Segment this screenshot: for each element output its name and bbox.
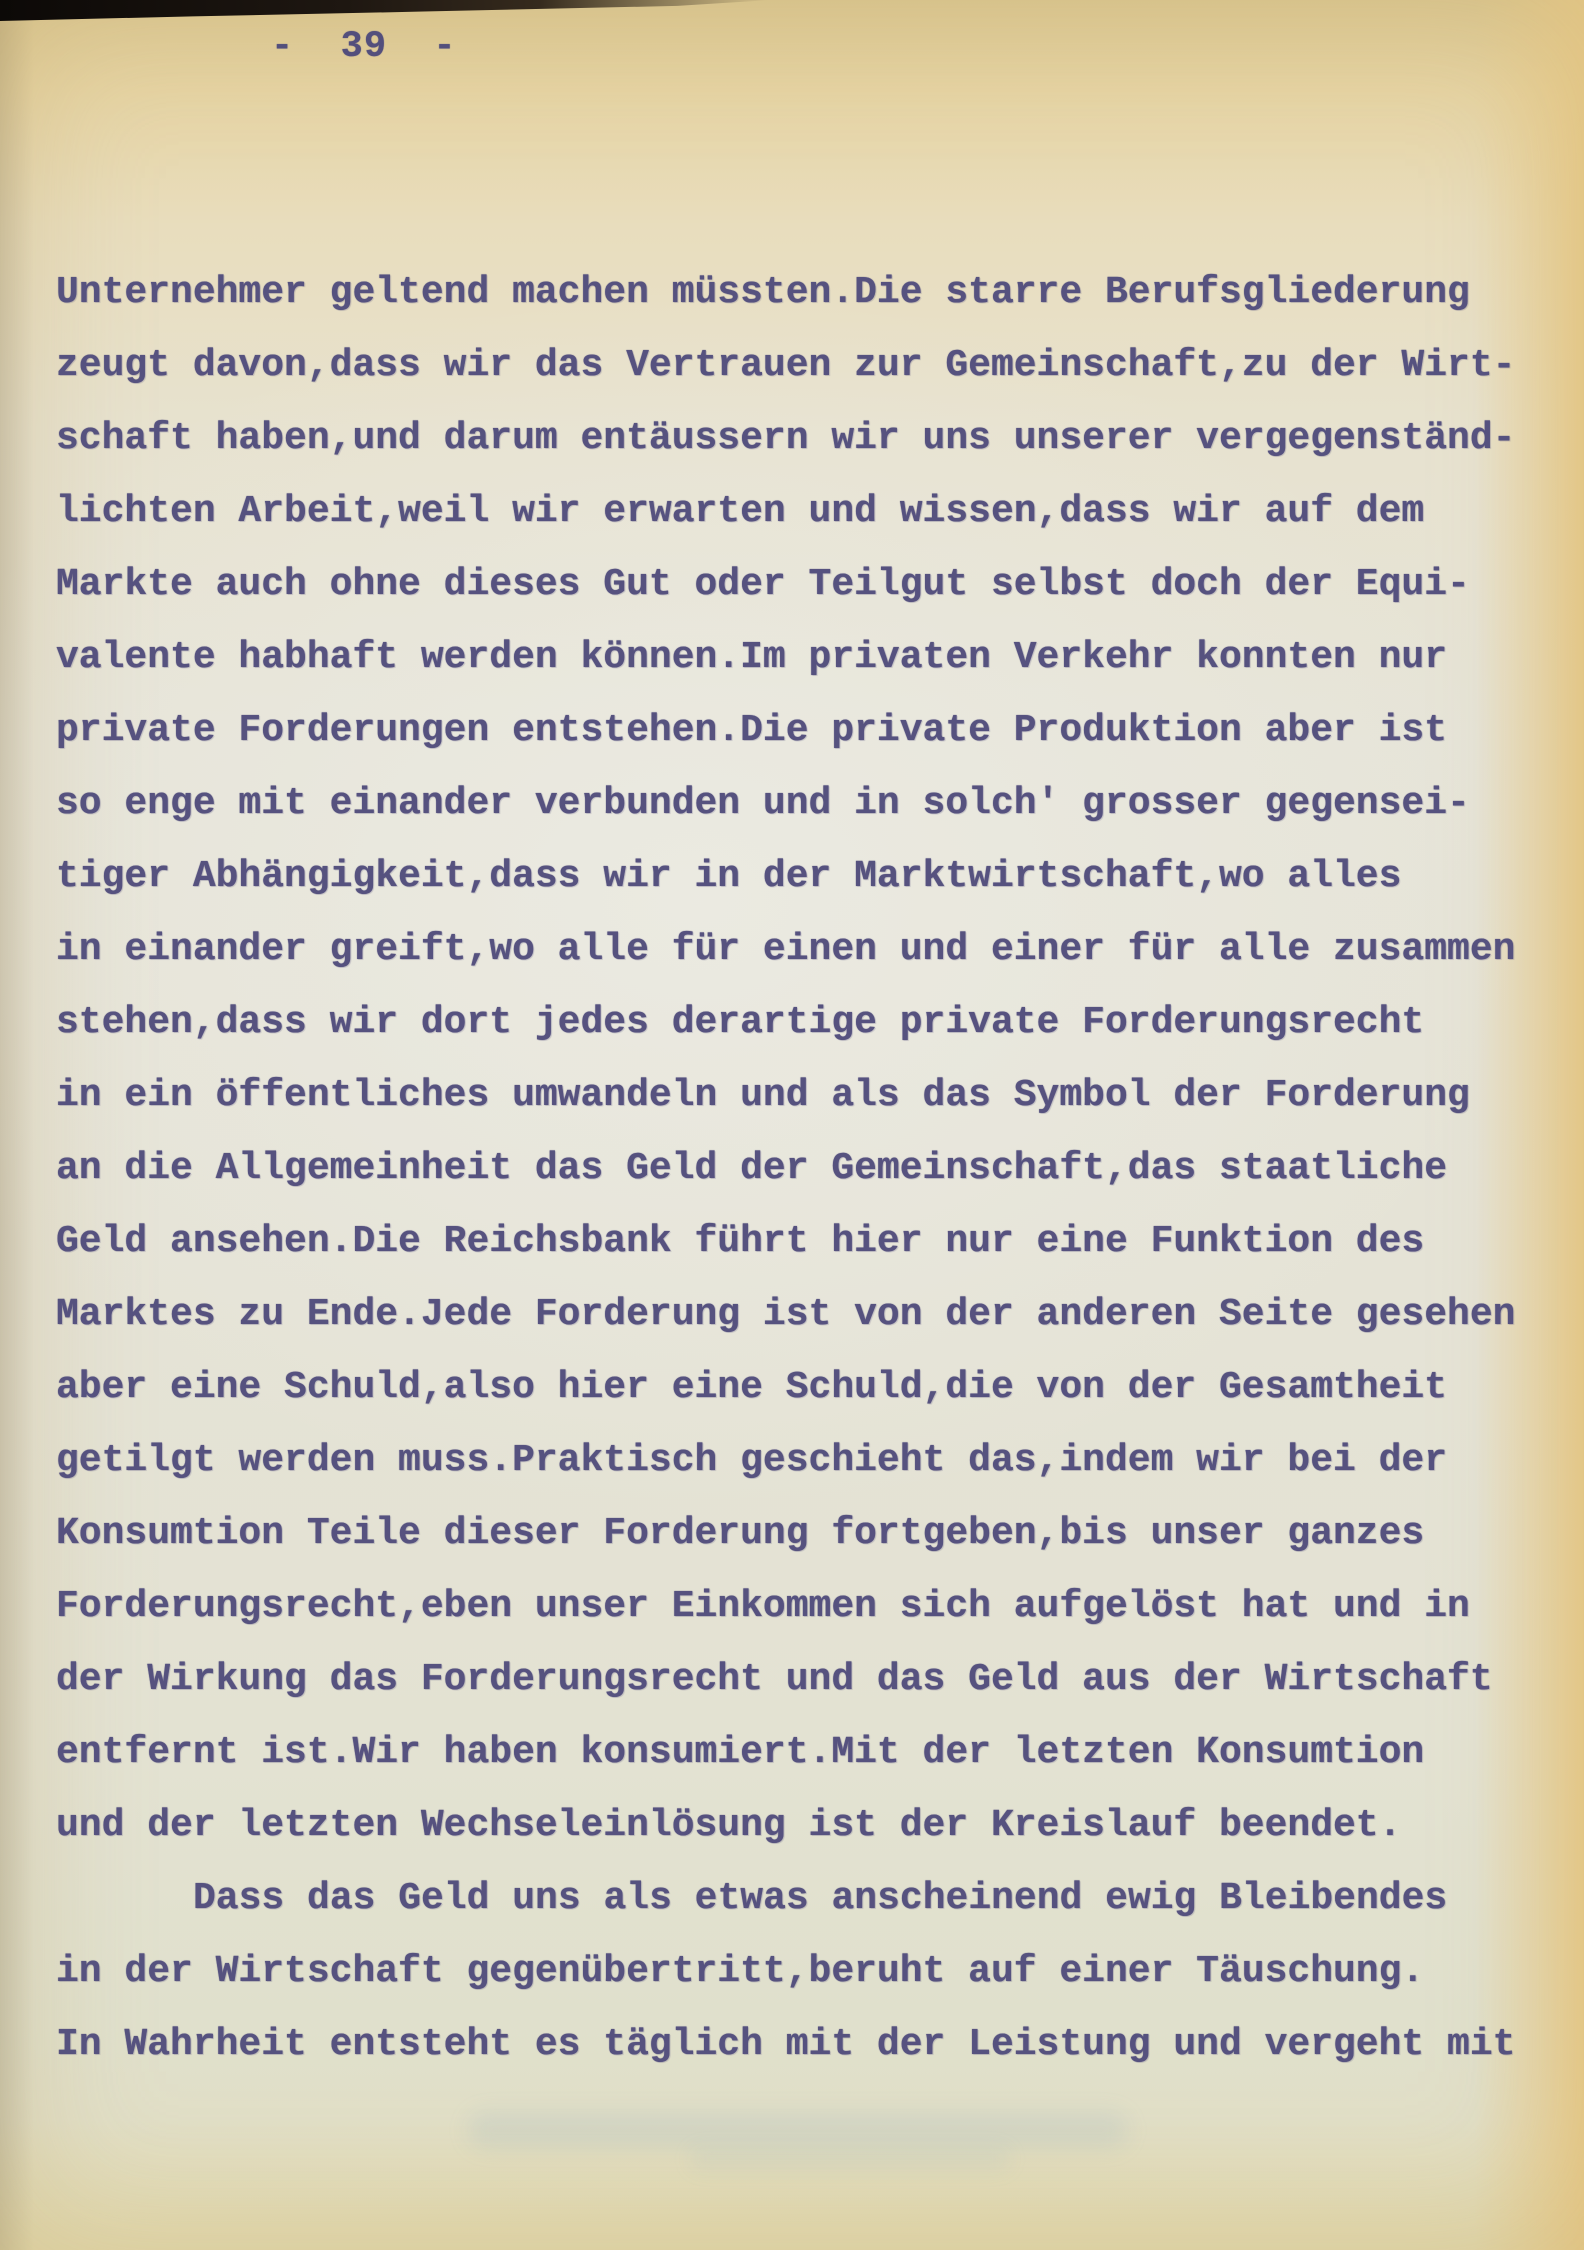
text-line: in ein öffentliches umwandeln und als da… bbox=[56, 1059, 1564, 1132]
typewritten-text-block: Unternehmer geltend machen müssten.Die s… bbox=[56, 256, 1564, 2081]
text-line: lichten Arbeit,weil wir erwarten und wis… bbox=[56, 475, 1564, 548]
text-line: Konsumtion Teile dieser Forderung fortge… bbox=[56, 1497, 1564, 1570]
text-line: Unternehmer geltend machen müssten.Die s… bbox=[56, 256, 1564, 329]
text-line: getilgt werden muss.Praktisch geschieht … bbox=[56, 1424, 1564, 1497]
document-page: - 39 - Unternehmer geltend machen müsste… bbox=[0, 0, 1584, 2250]
text-line: Geld ansehen.Die Reichsbank führt hier n… bbox=[56, 1205, 1564, 1278]
text-line: entfernt ist.Wir haben konsumiert.Mit de… bbox=[56, 1716, 1564, 1789]
page-number: - 39 - bbox=[271, 26, 457, 68]
text-line: In Wahrheit entsteht es täglich mit der … bbox=[56, 2008, 1564, 2081]
text-line: valente habhaft werden können.Im private… bbox=[56, 621, 1564, 694]
paragraph-1: Unternehmer geltend machen müssten.Die s… bbox=[56, 256, 1564, 1862]
text-line: private Forderungen entstehen.Die privat… bbox=[56, 694, 1564, 767]
text-line: der Wirkung das Forderungsrecht und das … bbox=[56, 1643, 1564, 1716]
text-line: stehen,dass wir dort jedes derartige pri… bbox=[56, 986, 1564, 1059]
text-line: Dass das Geld uns als etwas anscheinend … bbox=[56, 1862, 1564, 1935]
text-line: Markte auch ohne dieses Gut oder Teilgut… bbox=[56, 548, 1564, 621]
text-line: Marktes zu Ende.Jede Forderung ist von d… bbox=[56, 1278, 1564, 1351]
scan-artifact-top-edge bbox=[0, 0, 770, 21]
text-line: in einander greift,wo alle für einen und… bbox=[56, 913, 1564, 986]
text-line: in der Wirtschaft gegenübertritt,beruht … bbox=[56, 1935, 1564, 2008]
text-line: zeugt davon,dass wir das Vertrauen zur G… bbox=[56, 329, 1564, 402]
text-line: so enge mit einander verbunden und in so… bbox=[56, 767, 1564, 840]
paragraph-2: Dass das Geld uns als etwas anscheinend … bbox=[56, 1862, 1564, 2081]
text-line: aber eine Schuld,also hier eine Schuld,d… bbox=[56, 1351, 1564, 1424]
text-line: Forderungsrecht,eben unser Einkommen sic… bbox=[56, 1570, 1564, 1643]
text-line: schaft haben,und darum entäussern wir un… bbox=[56, 402, 1564, 475]
text-line: und der letzten Wechseleinlösung ist der… bbox=[56, 1789, 1564, 1862]
ink-bleedthrough bbox=[690, 2148, 1010, 2170]
text-line: tiger Abhängigkeit,dass wir in der Markt… bbox=[56, 840, 1564, 913]
ink-bleedthrough bbox=[468, 2112, 1128, 2148]
text-line: an die Allgemeinheit das Geld der Gemein… bbox=[56, 1132, 1564, 1205]
